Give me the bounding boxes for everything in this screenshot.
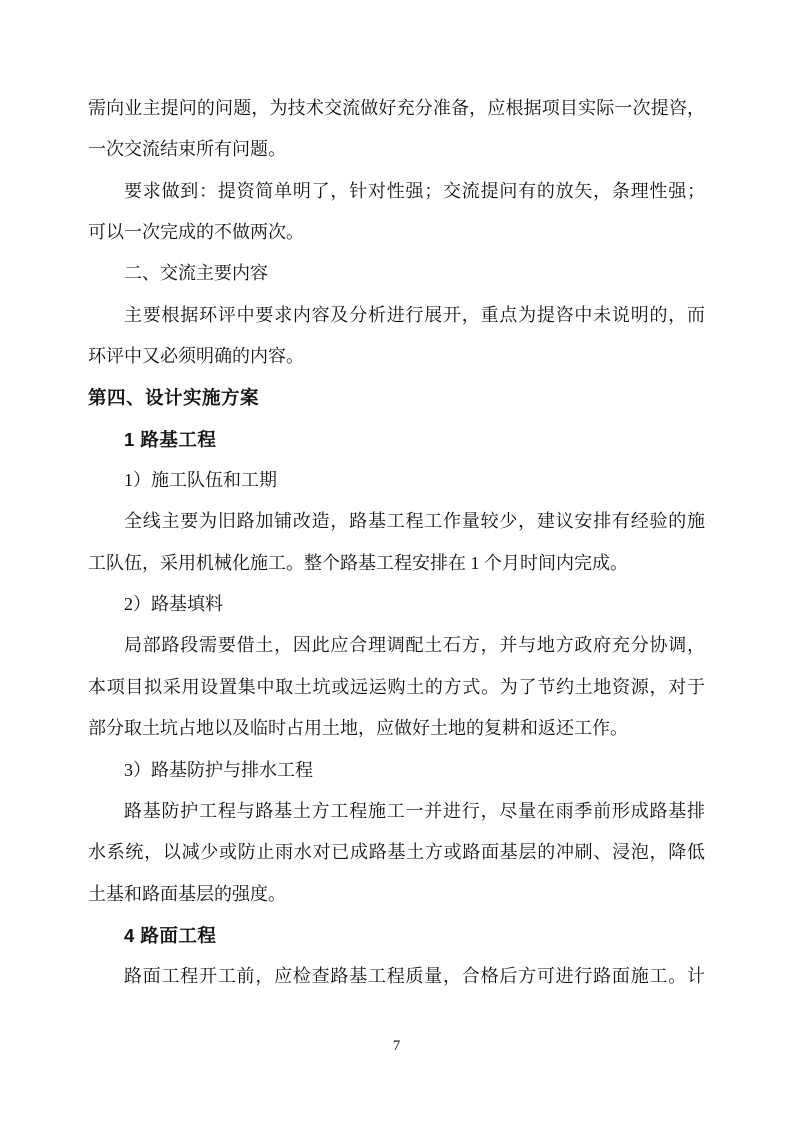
paragraph-line: 主要根据环评中要求内容及分析进行展开，重点为提咨中未说明的，而 xyxy=(88,295,705,336)
subheading-protection-drainage: 3）路基防护与排水工程 xyxy=(88,750,705,791)
paragraph-line: 可以一次完成的不做两次。 xyxy=(88,212,705,253)
subheading-subgrade-fill: 2）路基填料 xyxy=(88,584,705,625)
heading-section-design-plan: 第四、设计实施方案 xyxy=(88,377,705,418)
paragraph-line: 局部路段需要借土，因此应合理调配土石方，并与地方政府充分协调， xyxy=(88,625,705,666)
paragraph-line: 全线主要为旧路加铺改造，路基工程工作量较少，建议安排有经验的施 xyxy=(88,501,705,542)
paragraph-line: 土基和路面基层的强度。 xyxy=(88,874,705,915)
heading-subgrade-engineering: 1 路基工程 xyxy=(88,419,705,460)
paragraph-line: 部分取土坑占地以及临时占用土地，应做好土地的复耕和返还工作。 xyxy=(88,708,705,749)
paragraph-line: 本项目拟采用设置集中取土坑或远运购土的方式。为了节约土地资源，对于 xyxy=(88,667,705,708)
paragraph-line: 工队伍，采用机械化施工。整个路基工程安排在 1 个月时间内完成。 xyxy=(88,543,705,584)
subheading-crew-and-schedule: 1）施工队伍和工期 xyxy=(88,460,705,501)
paragraph-line: 水系统，以减少或防止雨水对已成路基土方或路面基层的冲刷、浸泡，降低 xyxy=(88,832,705,873)
paragraph-line: 一次交流结束所有问题。 xyxy=(88,129,705,170)
paragraph-line: 路面工程开工前，应检查路基工程质量，合格后方可进行路面施工。计 xyxy=(88,956,705,997)
paragraph-line: 路基防护工程与路基土方工程施工一并进行，尽量在雨季前形成路基排 xyxy=(88,791,705,832)
heading-pavement-engineering: 4 路面工程 xyxy=(88,915,705,956)
paragraph-line: 环评中又必须明确的内容。 xyxy=(88,336,705,377)
page-number: 7 xyxy=(0,1038,793,1055)
document-page: 需向业主提问的问题，为技术交流做好充分准备，应根据项目实际一次提咨， 一次交流结… xyxy=(0,0,793,1122)
list-heading-communication: 二、交流主要内容 xyxy=(88,253,705,294)
paragraph-line: 需向业主提问的问题，为技术交流做好充分准备，应根据项目实际一次提咨， xyxy=(88,88,705,129)
document-text-block: 需向业主提问的问题，为技术交流做好充分准备，应根据项目实际一次提咨， 一次交流结… xyxy=(88,88,705,998)
paragraph-line: 要求做到：提资简单明了，针对性强；交流提问有的放矢，条理性强； xyxy=(88,171,705,212)
